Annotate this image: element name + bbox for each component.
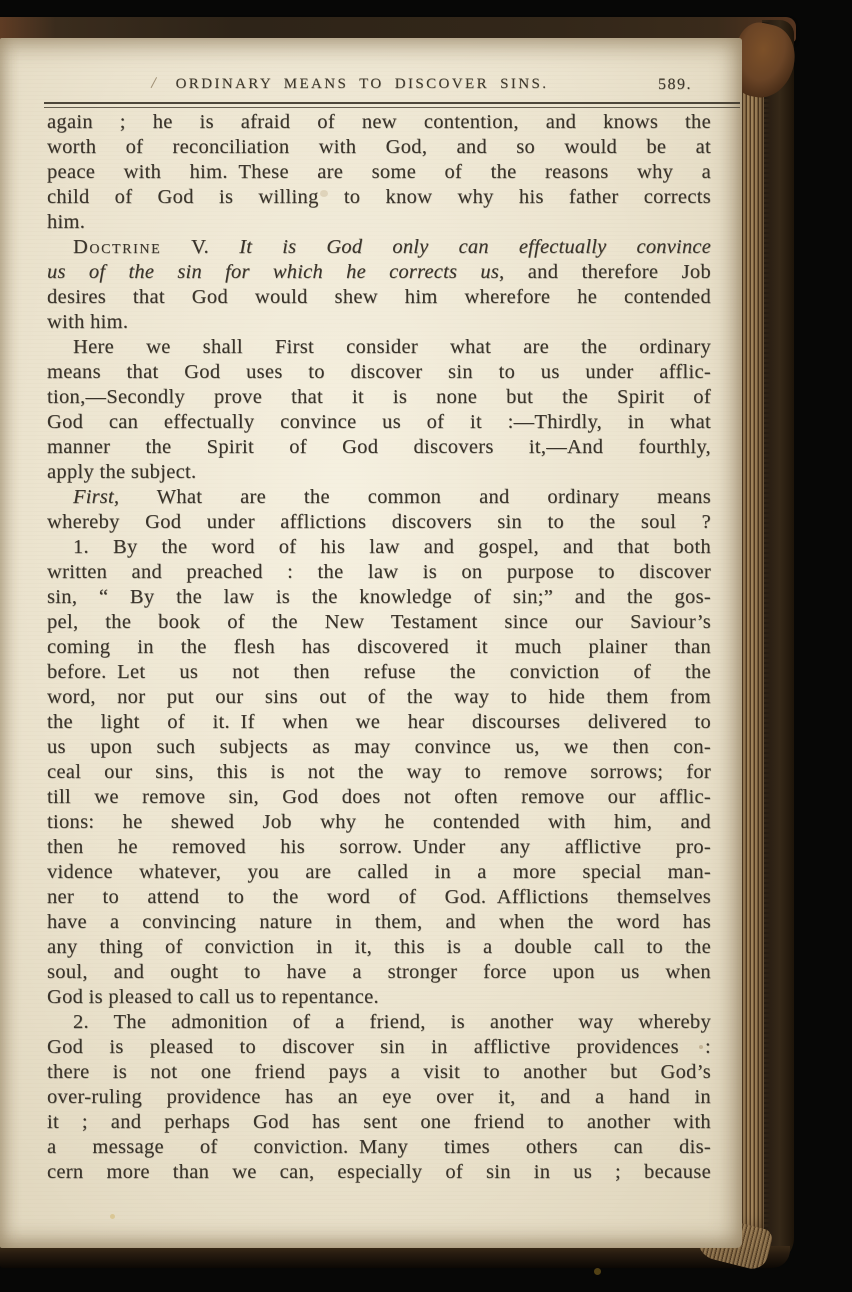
text-segment: soul, and ought to have a stronger force… <box>47 961 711 983</box>
text-segment: 2. The admonition of a friend, is anothe… <box>73 1011 711 1033</box>
text-line: the light of it. If when we hear discour… <box>47 710 711 735</box>
text-line: means that God uses to discover sin to u… <box>47 360 711 385</box>
text-segment: tion,—Secondly prove that it is none but… <box>47 386 711 408</box>
text-segment: and therefore Job <box>504 261 711 283</box>
text-segment: desires that God would shew him wherefor… <box>47 286 711 308</box>
text-segment: V. <box>161 236 239 258</box>
text-line: 1. By the word of his law and gospel, an… <box>47 535 711 560</box>
text-line: have a convincing nature in them, and wh… <box>47 910 711 935</box>
text-segment: us upon such subjects as may convince us… <box>47 736 711 758</box>
text-segment: worth of reconciliation with God, and so… <box>47 136 711 158</box>
text-segment: whereby God under afflictions discovers … <box>47 511 711 533</box>
text-segment: again ; he is afraid of new contention, … <box>47 111 711 133</box>
text-line: any thing of conviction in it, this is a… <box>47 935 711 960</box>
text-line: word, nor put our sins out of the way to… <box>47 685 711 710</box>
text-segment: ner to attend to the word of God. Afflic… <box>47 886 711 908</box>
text-line: God is pleased to call us to repentance. <box>47 985 711 1010</box>
text-segment: written and preached : the law is on pur… <box>47 561 711 583</box>
text-segment: What are the common and ordinary means <box>119 486 711 508</box>
text-segment: God is pleased to call us to repentance. <box>47 986 379 1008</box>
text-segment: manner the Spirit of God discovers it,—A… <box>47 436 711 458</box>
text-line: peace with him. These are some of the re… <box>47 160 711 185</box>
text-segment: coming in the flesh has discovered it mu… <box>47 636 711 658</box>
text-line: vidence whatever, you are called in a mo… <box>47 860 711 885</box>
text-segment: apply the subject. <box>47 461 196 483</box>
text-line: sin, “ By the law is the knowledge of si… <box>47 585 711 610</box>
book-scan-photo: ORDINARY MEANS TO DISCOVER SINS. 589. ag… <box>0 0 852 1292</box>
text-line: then he removed his sorrow. Under any af… <box>47 835 711 860</box>
text-segment: ceal our sins, this is not the way to re… <box>47 761 711 783</box>
text-segment: then he removed his sorrow. Under any af… <box>47 836 711 858</box>
text-line: written and preached : the law is on pur… <box>47 560 711 585</box>
text-segment: a message of conviction. Many times othe… <box>47 1136 711 1158</box>
text-segment: means that God uses to discover sin to u… <box>47 361 711 383</box>
text-line: pel, the book of the New Testament since… <box>47 610 711 635</box>
text-line: God is pleased to discover sin in afflic… <box>47 1035 711 1060</box>
running-head-title: ORDINARY MEANS TO DISCOVER SINS. <box>46 76 678 93</box>
text-segment: Doctrine <box>73 236 161 258</box>
text-segment: the light of it. If when we hear discour… <box>47 711 711 733</box>
text-line: whereby God under afflictions discovers … <box>47 510 711 535</box>
text-line: over-ruling providence has an eye over i… <box>47 1085 711 1110</box>
text-segment: vidence whatever, you are called in a mo… <box>47 861 711 883</box>
text-segment: child of God is willing to know why his … <box>47 186 711 208</box>
text-segment: any thing of conviction in it, this is a… <box>47 936 711 958</box>
text-line: tion,—Secondly prove that it is none but… <box>47 385 711 410</box>
header-double-rule <box>44 102 740 108</box>
text-block: again ; he is afraid of new contention, … <box>47 110 711 1185</box>
text-line: child of God is willing to know why his … <box>47 185 711 210</box>
text-line: a message of conviction. Many times othe… <box>47 1135 711 1160</box>
text-line: 2. The admonition of a friend, is anothe… <box>47 1010 711 1035</box>
text-segment: word, nor put our sins out of the way to… <box>47 686 711 708</box>
text-segment: before. Let us not then refuse the convi… <box>47 661 711 683</box>
text-line: him. <box>47 210 711 235</box>
text-segment: pel, the book of the New Testament since… <box>47 611 711 633</box>
text-segment: peace with him. These are some of the re… <box>47 161 711 183</box>
text-line: God can effectually convince us of it :—… <box>47 410 711 435</box>
text-segment: sin, “ By the law is the knowledge of si… <box>47 586 711 608</box>
text-segment: 1. By the word of his law and gospel, an… <box>73 536 711 558</box>
leather-wear-patch-bottom <box>13 1247 128 1266</box>
text-line: till we remove sin, God does not often r… <box>47 785 711 810</box>
foxing-spot <box>594 1268 601 1275</box>
text-segment: him. <box>47 211 85 233</box>
text-segment: God can effectually convince us of it :—… <box>47 411 711 433</box>
text-line: Doctrine V. It is God only can effectual… <box>47 235 711 260</box>
text-line: apply the subject. <box>47 460 711 485</box>
text-line: us of the sin for which he corrects us, … <box>47 260 711 285</box>
book-cover-right-edge <box>762 20 794 1264</box>
text-line: again ; he is afraid of new contention, … <box>47 110 711 135</box>
text-line: coming in the flesh has discovered it mu… <box>47 635 711 660</box>
text-line: tions: he shewed Job why he contended wi… <box>47 810 711 835</box>
page-number: 589. <box>658 76 692 94</box>
text-line: soul, and ought to have a stronger force… <box>47 960 711 985</box>
text-line: before. Let us not then refuse the convi… <box>47 660 711 685</box>
text-segment: it ; and perhaps God has sent one friend… <box>47 1111 711 1133</box>
text-line: First, What are the common and ordinary … <box>47 485 711 510</box>
text-segment: over-ruling providence has an eye over i… <box>47 1086 711 1108</box>
text-line: there is not one friend pays a visit to … <box>47 1060 711 1085</box>
text-line: it ; and perhaps God has sent one friend… <box>47 1110 711 1135</box>
text-segment: with him. <box>47 311 128 333</box>
foxing-spot <box>110 1214 115 1219</box>
text-line: desires that God would shew him wherefor… <box>47 285 711 310</box>
text-line: us upon such subjects as may convince us… <box>47 735 711 760</box>
text-line: Here we shall First consider what are th… <box>47 335 711 360</box>
text-segment: Here we shall First consider what are th… <box>73 336 711 358</box>
text-segment: till we remove sin, God does not often r… <box>47 786 711 808</box>
text-segment: cern more than we can, especially of sin… <box>47 1161 711 1183</box>
text-line: with him. <box>47 310 711 335</box>
text-segment: have a convincing nature in them, and wh… <box>47 911 711 933</box>
text-line: manner the Spirit of God discovers it,—A… <box>47 435 711 460</box>
text-segment: It is God only can effectually convince <box>239 236 711 258</box>
text-segment: God is pleased to discover sin in afflic… <box>47 1036 711 1058</box>
text-line: cern more than we can, especially of sin… <box>47 1160 711 1185</box>
text-line: worth of reconciliation with God, and so… <box>47 135 711 160</box>
text-segment: First, <box>73 486 119 508</box>
text-line: ceal our sins, this is not the way to re… <box>47 760 711 785</box>
text-segment: us of the sin for which he corrects us, <box>47 261 504 283</box>
text-segment: tions: he shewed Job why he contended wi… <box>47 811 711 833</box>
text-line: ner to attend to the word of God. Afflic… <box>47 885 711 910</box>
running-head: ORDINARY MEANS TO DISCOVER SINS. 589. <box>46 76 738 98</box>
text-segment: there is not one friend pays a visit to … <box>47 1061 711 1083</box>
